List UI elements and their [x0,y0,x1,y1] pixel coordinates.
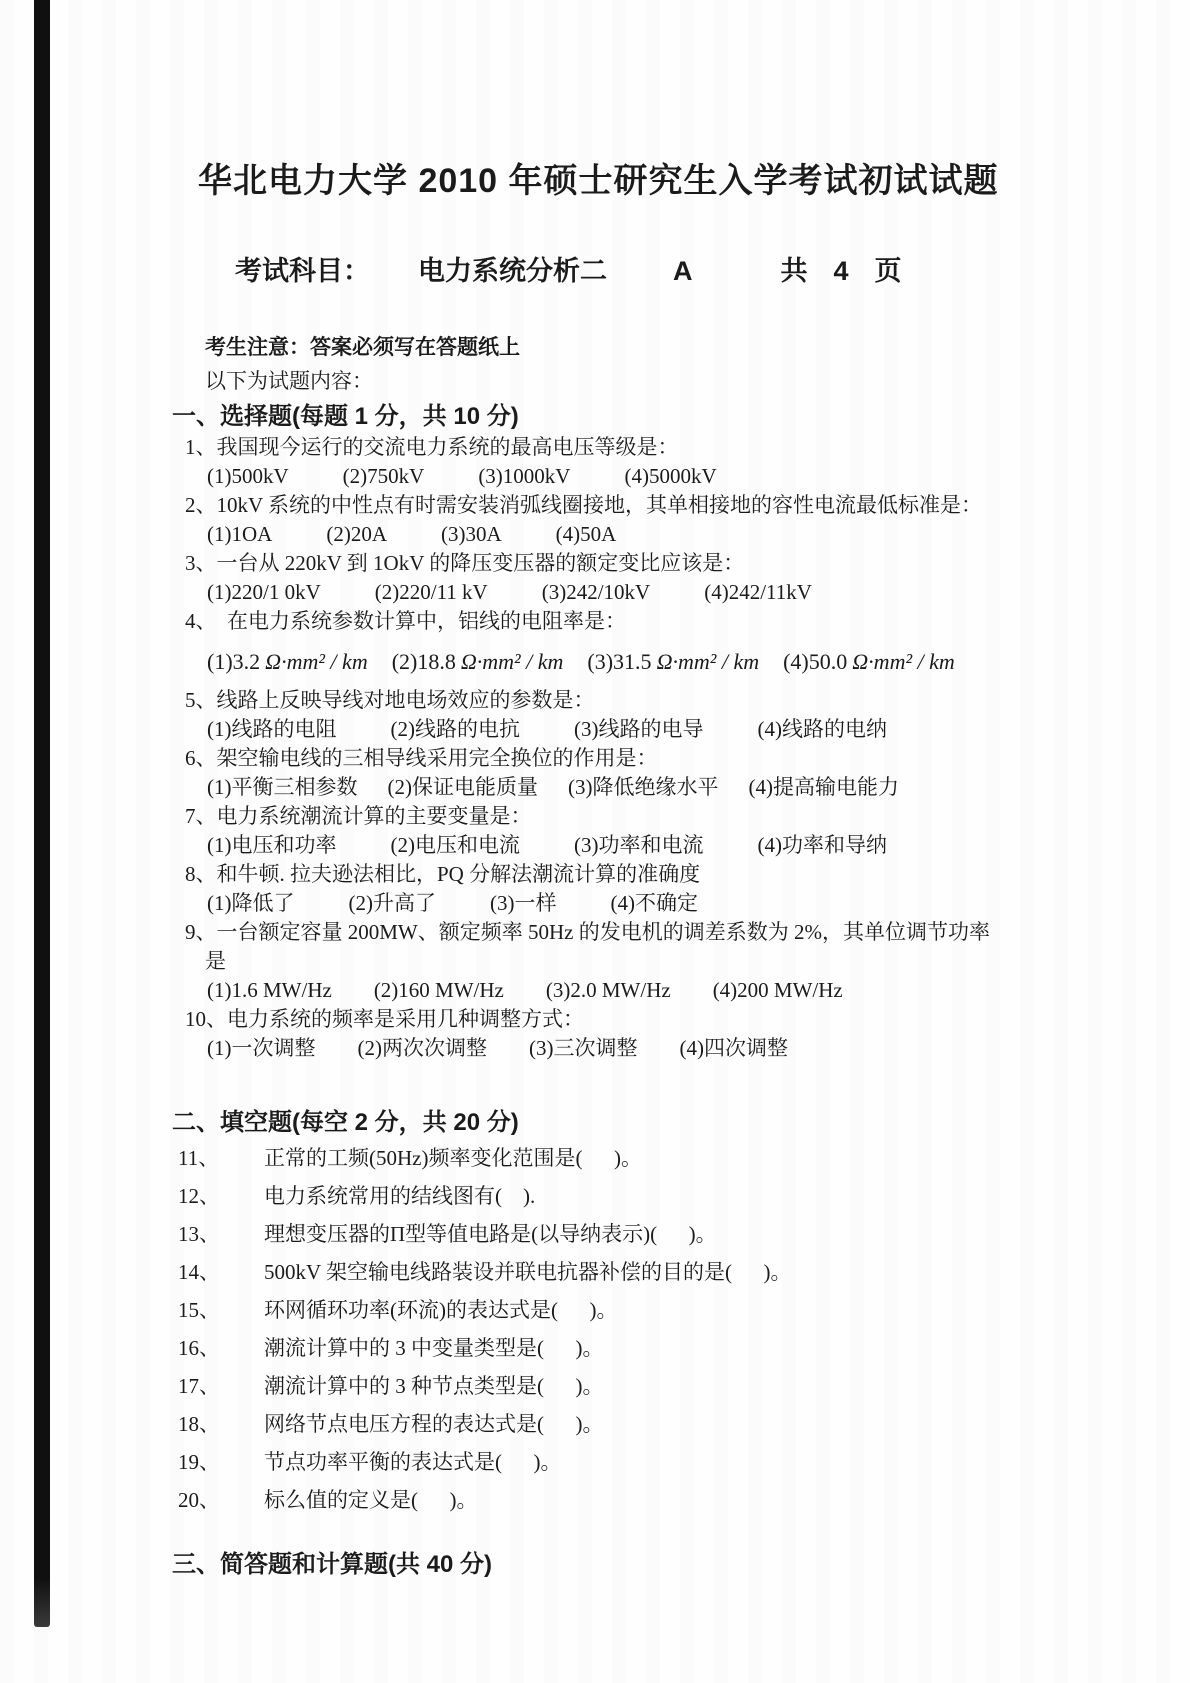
section-2-heading: 二、填空题(每空 2 分，共 20 分) [172,1107,1190,1139]
question-5-options: (1)线路的电阻 (2)线路的电抗 (3)线路的电导 (4)线路的电纳 [207,715,1190,744]
question-4-options: (1)3.2Ω·mm² / km (2)18.8Ω·mm² / km (3)31… [207,647,1190,677]
option: (1)220/1 0kV [207,578,321,607]
option: (4)200 MW/Hz [713,976,843,1005]
question-1-options: (1)500kV (2)750kV (3)1000kV (4)5000kV [207,462,1190,491]
question-4-text: 4、 在电力系统参数计算中，铝线的电阻率是： [185,607,1190,636]
question-8-text: 8、和牛顿. 拉夫逊法相比，PQ 分解法潮流计算的准确度 [185,860,1190,889]
option: (2)220/11 kV [375,578,488,607]
option: (3)1000kV [478,462,570,491]
fill-item-number: 14、 [178,1253,264,1291]
fill-item-16: 16、潮流计算中的 3 中变量类型是( )。 [178,1329,1190,1367]
option: (3)线路的电导 [574,715,704,744]
question-2-options: (1)1OA (2)20A (3)30A (4)50A [207,520,1190,549]
total-pages-label: 共 [781,256,808,286]
resistivity-unit: Ω·mm² / km [461,649,564,674]
option: (4)线路的电纳 [758,715,888,744]
fill-item-13: 13、理想变压器的Π型等值电路是(以导纳表示)( )。 [178,1215,1190,1253]
option: (4)50A [556,520,617,549]
option: (3)30A [441,520,502,549]
question-6-text: 6、架空输电线的三相导线采用完全换位的作用是： [185,744,1190,773]
scan-artifact-bar [34,0,50,1627]
option: (4)提高输电能力 [749,773,900,802]
section-1-heading: 一、选择题(每题 1 分，共 10 分) [172,401,1190,433]
option: (2)160 MW/Hz [374,976,504,1005]
option: (1)一次调整 [207,1034,316,1063]
resistivity-unit: Ω·mm² / km [852,649,955,674]
fill-item-text: 正常的工频(50Hz)频率变化范围是( )。 [264,1146,642,1170]
question-2-text: 2、10kV 系统的中性点有时需安装消弧线圈接地，其单相接地的容性电流最低标准是… [185,491,1190,520]
candidate-notice: 考生注意：答案必须写在答题纸上 [205,334,1190,362]
fill-item-19: 19、节点功率平衡的表达式是( )。 [178,1443,1190,1481]
option: (1)1OA [207,520,272,549]
option-value: (2)18.8 [392,649,456,674]
option: (2)线路的电抗 [391,715,521,744]
fill-item-20: 20、标么值的定义是( )。 [178,1481,1190,1519]
question-9-text-line2: 是 [205,947,1190,976]
option: (4)5000kV [624,462,716,491]
section-3-heading: 三、简答题和计算题(共 40 分) [172,1549,1190,1581]
resistivity-unit: Ω·mm² / km [265,649,368,674]
question-10-text: 10、电力系统的频率是采用几种调整方式： [185,1005,1190,1034]
total-pages-count: 4 [834,256,849,286]
fill-item-14: 14、500kV 架空输电线路装设并联电抗器补偿的目的是( )。 [178,1253,1190,1291]
fill-item-number: 12、 [178,1177,264,1215]
subject-line: 考试科目：电力系统分析二A共4页 [205,220,1190,322]
option: (3)31.5Ω·mm² / km [587,647,759,677]
option: (3)降低绝缘水平 [568,773,719,802]
fill-item-11: 11、正常的工频(50Hz)频率变化范围是( )。 [178,1139,1190,1177]
question-9-options: (1)1.6 MW/Hz (2)160 MW/Hz (3)2.0 MW/Hz (… [207,976,1190,1005]
option-value: (1)3.2 [207,649,260,674]
fill-item-text: 环网循环功率(环流)的表达式是( )。 [264,1298,617,1322]
exam-title: 华北电力大学 2010 年硕士研究生入学考试初试试题 [198,160,1190,202]
question-8-options: (1)降低了 (2)升高了 (3)一样 (4)不确定 [207,889,1190,918]
resistivity-unit: Ω·mm² / km [657,649,760,674]
option: (3)功率和电流 [574,831,704,860]
question-5-text: 5、线路上反映导线对地电场效应的参数是： [185,686,1190,715]
option: (2)750kV [343,462,425,491]
fill-item-text: 节点功率平衡的表达式是( )。 [264,1450,562,1474]
option-value: (3)31.5 [587,649,651,674]
option: (4)功率和导纳 [758,831,888,860]
option: (2)两次次调整 [358,1034,488,1063]
fill-item-text: 网络节点电压方程的表达式是( )。 [264,1412,604,1436]
question-6-options: (1)平衡三相参数 (2)保证电能质量 (3)降低绝缘水平 (4)提高输电能力 [207,773,1190,802]
subject-label: 考试科目： [235,256,370,286]
question-1-text: 1、我国现今运行的交流电力系统的最高电压等级是： [185,433,1190,462]
option: (2)20A [326,520,387,549]
fill-item-text: 标么值的定义是( )。 [264,1488,478,1512]
option: (1)500kV [207,462,289,491]
fill-item-17: 17、潮流计算中的 3 种节点类型是( )。 [178,1367,1190,1405]
question-7-options: (1)电压和功率 (2)电压和电流 (3)功率和电流 (4)功率和导纳 [207,831,1190,860]
question-7-text: 7、电力系统潮流计算的主要变量是： [185,802,1190,831]
question-10-options: (1)一次调整 (2)两次次调整 (3)三次调整 (4)四次调整 [207,1034,1190,1063]
fill-item-18: 18、网络节点电压方程的表达式是( )。 [178,1405,1190,1443]
option: (4)242/11kV [704,578,812,607]
paper-version: A [673,256,693,286]
fill-item-text: 500kV 架空输电线路装设并联电抗器补偿的目的是( )。 [264,1260,792,1284]
option: (3)一样 [490,889,557,918]
option: (2)升高了 [349,889,437,918]
question-3-text: 3、一台从 220kV 到 1OkV 的降压变压器的额定变比应该是： [185,549,1190,578]
fill-item-15: 15、环网循环功率(环流)的表达式是( )。 [178,1291,1190,1329]
option: (4)50.0Ω·mm² / km [783,647,955,677]
fill-item-number: 15、 [178,1291,264,1329]
fill-item-number: 17、 [178,1367,264,1405]
option: (1)电压和功率 [207,831,337,860]
fill-item-text: 潮流计算中的 3 种节点类型是( )。 [264,1374,604,1398]
exam-paper-page: 华北电力大学 2010 年硕士研究生入学考试初试试题 考试科目：电力系统分析二A… [0,0,1190,1683]
question-3-options: (1)220/1 0kV (2)220/11 kV (3)242/10kV (4… [207,578,1190,607]
option: (1)1.6 MW/Hz [207,976,332,1005]
fill-item-number: 18、 [178,1405,264,1443]
fill-item-number: 13、 [178,1215,264,1253]
option: (2)保证电能质量 [388,773,539,802]
option: (2)18.8Ω·mm² / km [392,647,564,677]
option: (3)242/10kV [542,578,651,607]
fill-item-12: 12、电力系统常用的结线图有( ). [178,1177,1190,1215]
option: (4)不确定 [611,889,699,918]
option: (1)3.2Ω·mm² / km [207,647,368,677]
fill-item-number: 20、 [178,1481,264,1519]
fill-item-text: 电力系统常用的结线图有( ). [264,1184,535,1208]
fill-item-number: 19、 [178,1443,264,1481]
total-pages-unit: 页 [875,256,902,286]
question-9-text: 9、一台额定容量 200MW、额定频率 50Hz 的发电机的调差系数为 2%，其… [185,918,1190,947]
fill-item-number: 11、 [178,1139,264,1177]
content-intro: 以下为试题内容： [205,368,1190,395]
option: (3)三次调整 [529,1034,638,1063]
fill-item-number: 16、 [178,1329,264,1367]
option-value: (4)50.0 [783,649,847,674]
fill-item-text: 理想变压器的Π型等值电路是(以导纳表示)( )。 [264,1222,717,1246]
option: (3)2.0 MW/Hz [546,976,671,1005]
option: (1)线路的电阻 [207,715,337,744]
subject-course: 电力系统分析二 [418,256,607,286]
option: (2)电压和电流 [391,831,521,860]
option: (1)降低了 [207,889,295,918]
fill-item-text: 潮流计算中的 3 中变量类型是( )。 [264,1336,604,1360]
option: (1)平衡三相参数 [207,773,358,802]
option: (4)四次调整 [680,1034,789,1063]
